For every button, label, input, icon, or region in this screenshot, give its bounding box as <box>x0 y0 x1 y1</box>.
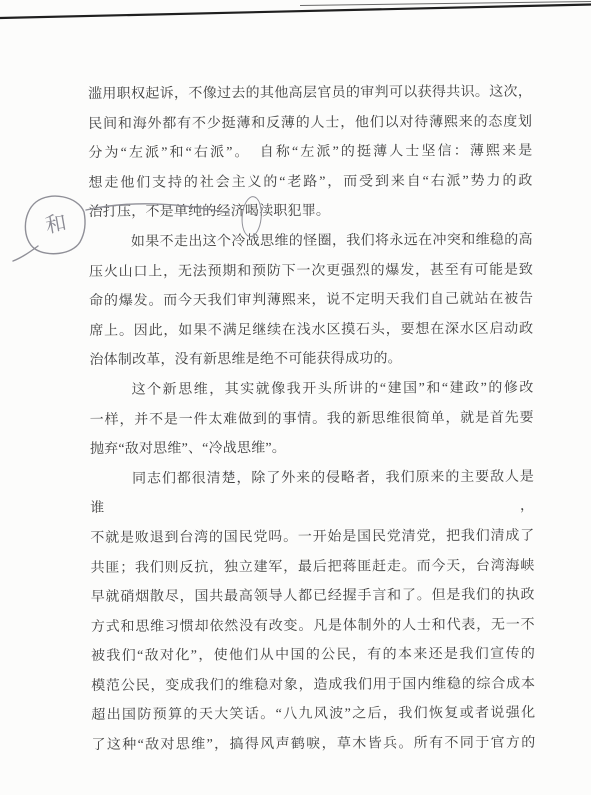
text-line: 被我们“敌对化”，使他们从中国的公民，有的本来还是我们宣传的 <box>91 640 535 672</box>
text-line: 超出国防预算的天大笑话。“八九风波”之后，我们恢复或者说强化 <box>91 699 535 731</box>
scan-edge-line-faint <box>300 2 591 6</box>
text-line: 同志们都很清楚，除了外来的侵略者，我们原来的主要敌人是谁， <box>90 462 534 524</box>
scan-edge-artifact <box>0 0 591 30</box>
document-text: 滥用职权起诉，不像过去的其他高层官员的审判可以获得共识。这次，民间和海外都有不少… <box>88 78 536 761</box>
margin-note-char: 和 <box>44 210 69 237</box>
text-line: 一样，并不是一件太难做到的事情。我的新思维很简单，就是首先要 <box>90 403 534 435</box>
text-line: 抛弃“敌对思维”、“冷战思维”。 <box>90 433 534 465</box>
text-line: 模范公民，变成我们的维稳对象，造成我们用于国内维稳的综合成本 <box>91 670 535 702</box>
text-line: 滥用职权起诉，不像过去的其他高层官员的审判可以获得共识。这次， <box>88 78 532 110</box>
text-line: 不就是败退到台湾的国民党吗。一开始是国民党清党，把我们清成了 <box>90 522 534 554</box>
text-line: 分为“左派”和“右派”。 自称“左派”的挺薄人士坚信：薄熙来是 <box>88 137 532 169</box>
text-line: 方式和思维习惯却依然没有改变。凡是体制外的人士和代表，无一不 <box>91 610 535 642</box>
scanned-document-page: 滥用职权起诉，不像过去的其他高层官员的审判可以获得共识。这次，民间和海外都有不少… <box>0 0 591 795</box>
text-line: 命的爆发。而今天我们审判薄熙来，说不定明天我们自己就站在被告 <box>89 285 533 317</box>
text-line: 席上。因此，如果不满足继续在浅水区摸石头，要想在深水区启动政 <box>89 314 533 346</box>
text-line: 早就硝烟散尽，国共最高领导人都已经握手言和了。但是我们的执政 <box>91 581 535 613</box>
scan-edge-line <box>0 5 591 19</box>
handwritten-margin-note: 和 <box>35 203 77 245</box>
text-line: 治体制改革，没有新思维是绝不可能获得成功的。 <box>89 344 533 376</box>
circled-typo-char: 喝 <box>245 197 259 227</box>
text-line: 想走他们支持的社会主义的“老路”，而受到来自“右派”势力的政 <box>88 166 532 198</box>
text-line: 民间和海外都有不少挺薄和反薄的人士，他们以对待薄熙来的态度划 <box>88 107 532 139</box>
text-line: 了这种“敌对思维”，搞得风声鹤唳，草木皆兵。所有不同于官方的 <box>91 729 535 761</box>
text-line: 这个新思维，其实就像我开头所讲的“建国”和“建政”的修改 <box>90 374 534 406</box>
margin-note-oval-tail <box>13 246 38 261</box>
text-line: 共匪；我们则反抗，独立建军，最后把蒋匪赶走。而今天，台湾海峡 <box>90 551 534 583</box>
text-line: 治打压，不是单纯的经济喝渎职犯罪。 <box>89 196 533 228</box>
text-line: 如果不走出这个冷战思维的怪圈，我们将永远在冲突和维稳的高 <box>89 226 533 258</box>
text-line: 压火山口上，无法预期和预防下一次更强烈的爆发，甚至有可能是致 <box>89 255 533 287</box>
